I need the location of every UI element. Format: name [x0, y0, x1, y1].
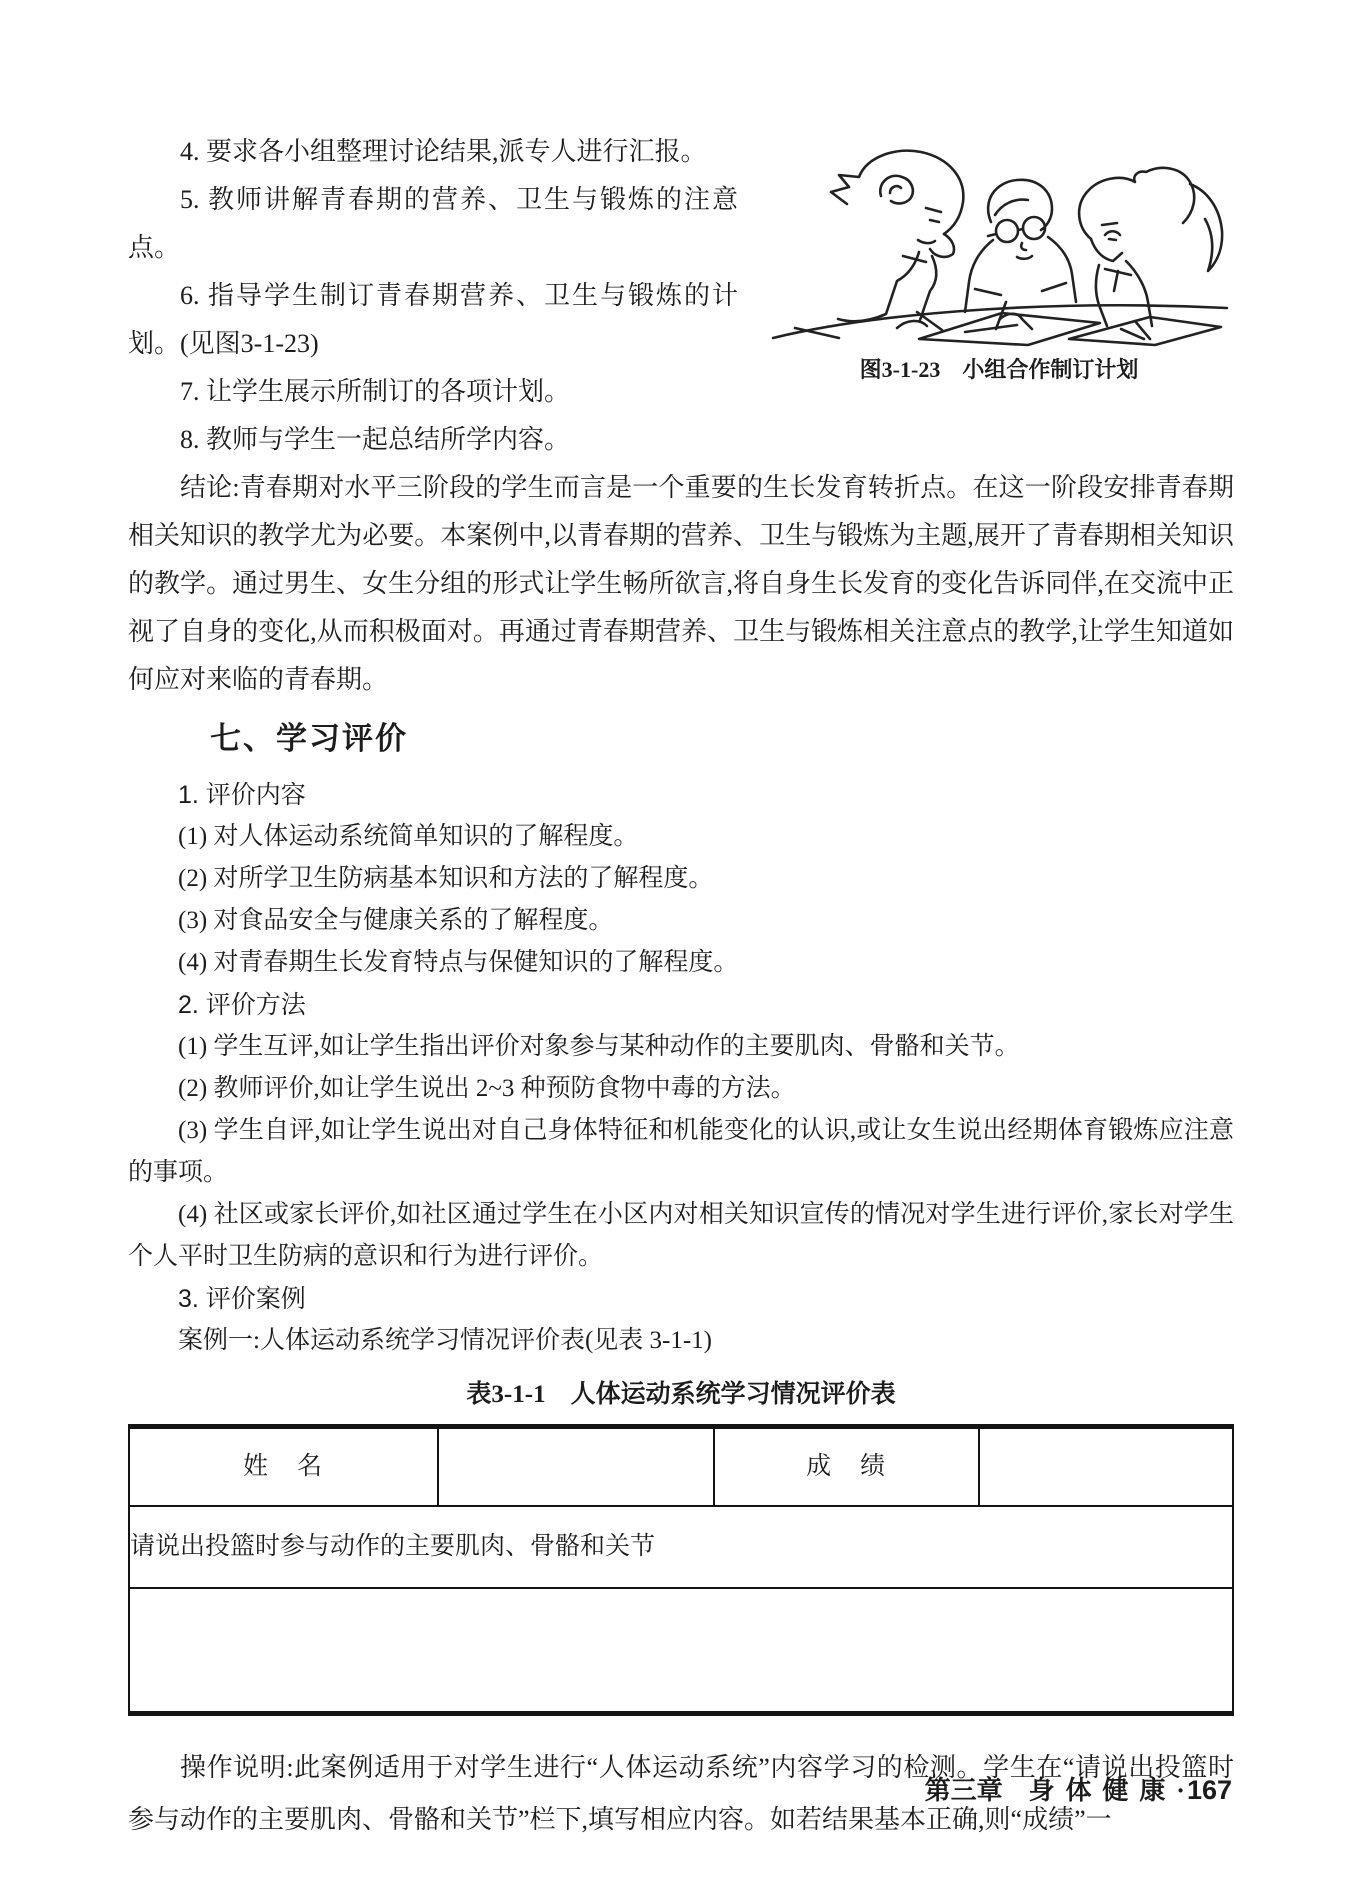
- name-label-cell: 姓 名: [129, 1427, 438, 1507]
- figure-caption: 图3-1-23 小组合作制订计划: [764, 355, 1234, 385]
- page-footer: 第三章身体健康·167: [925, 1770, 1232, 1807]
- name-value-cell: [438, 1427, 714, 1507]
- table-header-row: 姓 名 成 绩: [129, 1427, 1233, 1507]
- eval-content-item: (2) 对所学卫生防病基本知识和方法的了解程度。: [128, 858, 1234, 900]
- answer-cell: [129, 1588, 1233, 1714]
- eval-method-item: (1) 学生互评,如让学生指出评价对象参与某种动作的主要肌肉、骨骼和关节。: [128, 1026, 1234, 1068]
- score-label-cell: 成 绩: [714, 1427, 979, 1507]
- eval-content-item: (4) 对青春期生长发育特点与保健知识的了解程度。: [128, 942, 1234, 984]
- eval-method-item: (4) 社区或家长评价,如社区通过学生在小区内对相关知识宣传的情况对学生进行评价…: [128, 1194, 1234, 1278]
- subheading-eval-content: 1. 评价内容: [128, 774, 1234, 816]
- page-content: 图3-1-23 小组合作制订计划 4. 要求各小组整理讨论结果,派专人进行汇报。…: [128, 128, 1234, 1846]
- textbook-page: 图3-1-23 小组合作制订计划 4. 要求各小组整理讨论结果,派专人进行汇报。…: [0, 0, 1360, 1884]
- subheading-eval-case: 3. 评价案例: [128, 1278, 1234, 1320]
- group-work-illustration: [769, 142, 1229, 347]
- footer-page-number: 167: [1187, 1775, 1232, 1805]
- footer-chapter: 第三章: [925, 1776, 1003, 1805]
- footer-dot: ·: [1176, 1776, 1185, 1805]
- footer-book-title: 身体健康: [1029, 1776, 1177, 1805]
- eval-content-item: (1) 对人体运动系统简单知识的了解程度。: [128, 816, 1234, 858]
- section-heading: 七、学习评价: [128, 718, 1234, 760]
- subheading-eval-method: 2. 评价方法: [128, 984, 1234, 1026]
- question-cell: 请说出投篮时参与动作的主要肌肉、骨骼和关节: [129, 1506, 1233, 1588]
- score-value-cell: [979, 1427, 1233, 1507]
- eval-method-item: (2) 教师评价,如让学生说出 2~3 种预防食物中毒的方法。: [128, 1068, 1234, 1110]
- table-answer-row: [129, 1588, 1233, 1714]
- table-question-row: 请说出投篮时参与动作的主要肌肉、骨骼和关节: [129, 1506, 1233, 1588]
- figure-3-1-23: 图3-1-23 小组合作制订计划: [764, 142, 1234, 385]
- conclusion-paragraph: 结论:青春期对水平三阶段的学生而言是一个重要的生长发育转折点。在这一阶段安排青春…: [128, 464, 1234, 704]
- evaluation-section: 1. 评价内容 (1) 对人体运动系统简单知识的了解程度。 (2) 对所学卫生防…: [128, 774, 1234, 1362]
- procedure-step: 8. 教师与学生一起总结所学内容。: [128, 416, 1234, 464]
- eval-method-item: (3) 学生自评,如让学生说出对自己身体特征和机能变化的认识,或让女生说出经期体…: [128, 1110, 1234, 1194]
- case-one-line: 案例一:人体运动系统学习情况评价表(见表 3-1-1): [128, 1320, 1234, 1362]
- evaluation-table: 姓 名 成 绩 请说出投篮时参与动作的主要肌肉、骨骼和关节: [128, 1424, 1234, 1716]
- eval-content-item: (3) 对食品安全与健康关系的了解程度。: [128, 900, 1234, 942]
- table-title: 表3-1-1 人体运动系统学习情况评价表: [128, 1378, 1234, 1412]
